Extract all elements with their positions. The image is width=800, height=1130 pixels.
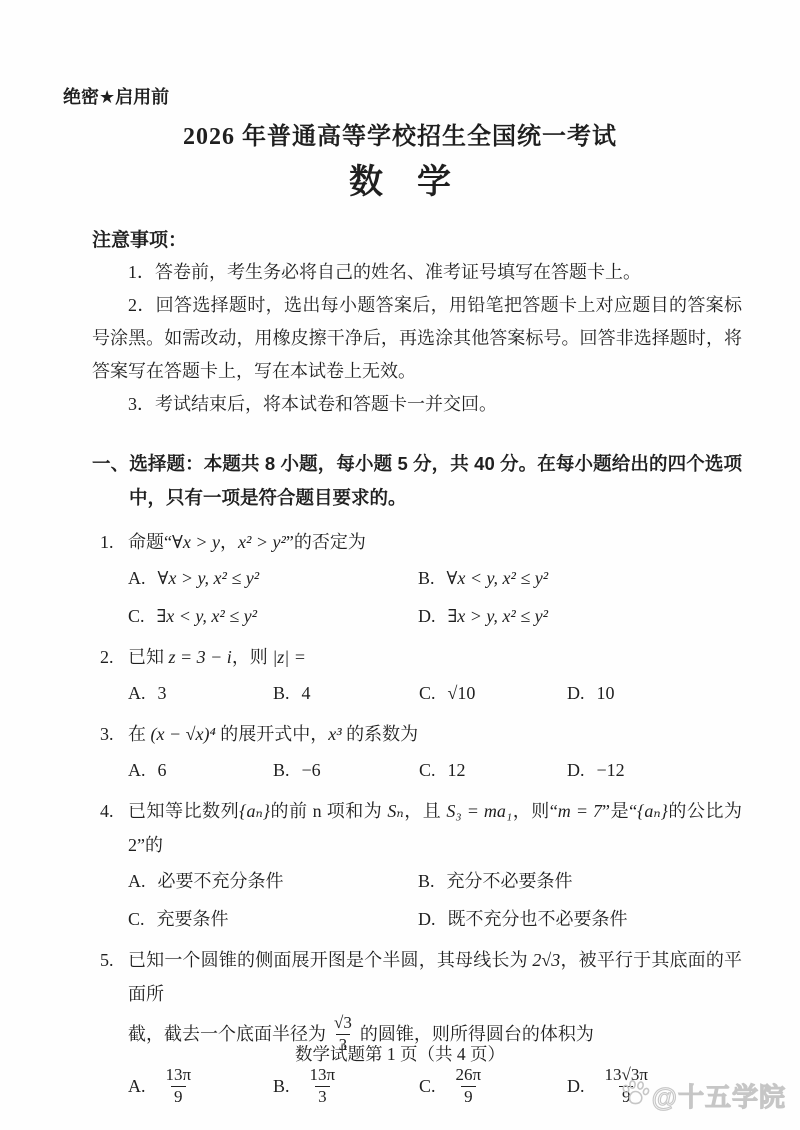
option-a: A. 必要不充分条件 (128, 865, 418, 898)
option-label: B. (273, 677, 290, 710)
option-label: C. (419, 677, 436, 710)
notice-item-2: 2．回答选择题时，选出每小题答案后，用铅笔把答题卡上对应题目的答案标号涂黑。如需… (92, 289, 742, 388)
option-label: B. (418, 865, 435, 898)
option-label: C. (128, 600, 145, 633)
option-b: B. 充分不必要条件 (418, 865, 742, 898)
option-label: D. (567, 754, 585, 787)
option-label: C. (419, 754, 436, 787)
option-content: 6 (158, 754, 167, 787)
baidu-paw-icon (620, 1079, 650, 1112)
option-c: C. 12 (419, 754, 567, 787)
question-number: 2. (100, 640, 128, 674)
option-d: D. 10 (567, 677, 742, 710)
option-d: D. ∃x > y, x² ≤ y² (418, 600, 742, 633)
question-stem: 已知一个圆锥的侧面展开图是个半圆，其母线长为 2√3，被平行于其底面的平面所 (128, 943, 742, 1011)
subject-title: 数 学 (0, 160, 800, 206)
option-b: B. 13π3 (273, 1060, 419, 1112)
notice-item-1: 1．答卷前，考生务必将自己的姓名、准考证号填写在答题卡上。 (92, 256, 742, 289)
option-content: 13π3 (302, 1065, 344, 1107)
option-label: B. (273, 1070, 290, 1103)
classification-label: 绝密★启用前 (63, 86, 800, 108)
option-b: B. −6 (273, 754, 419, 787)
option-content: ∀x < y, x² ≤ y² (447, 562, 549, 595)
section-one-heading: 一、选择题：本题共 8 小题，每小题 5 分，共 40 分。在每小题给出的四个选… (92, 447, 742, 515)
option-content: 充要条件 (157, 903, 229, 936)
option-a: A. 3 (128, 677, 273, 710)
option-content: √10 (448, 677, 476, 710)
option-a: A. 6 (128, 754, 273, 787)
page-footer: 数学试题第 1 页（共 4 页） (0, 1041, 800, 1066)
option-label: B. (273, 754, 290, 787)
option-label: C. (419, 1070, 436, 1103)
option-label: A. (128, 1070, 146, 1103)
question-number: 3. (100, 717, 128, 751)
watermark: @十五学院 (620, 1077, 786, 1114)
option-label: C. (128, 903, 145, 936)
notice-section: 注意事项： 1．答卷前，考生务必将自己的姓名、准考证号填写在答题卡上。 2．回答… (92, 226, 742, 421)
option-content: 10 (597, 677, 615, 710)
exam-title: 2026 年普通高等学校招生全国统一考试 (0, 122, 800, 152)
option-label: D. (567, 677, 585, 710)
option-content: 4 (302, 677, 311, 710)
option-d: D. −12 (567, 754, 742, 787)
option-content: −12 (597, 754, 625, 787)
option-c: C. 26π9 (419, 1060, 567, 1112)
option-b: B. 4 (273, 677, 419, 710)
option-content: 既不充分也不必要条件 (448, 903, 628, 936)
option-label: A. (128, 754, 146, 787)
option-content: ∃x < y, x² ≤ y² (157, 600, 258, 633)
option-a: A. 13π9 (128, 1060, 273, 1112)
question-stem: 已知 z = 3 − i，则 |z| = (128, 640, 742, 674)
question-stem: 已知等比数列{aₙ}的前 n 项和为 Sₙ，且 S₃ = ma₁，则“m = 7… (128, 794, 742, 862)
option-content: 13π9 (158, 1065, 200, 1107)
option-content: ∀x > y, x² ≤ y² (158, 562, 260, 595)
exam-paper-page: 绝密★启用前 2026 年普通高等学校招生全国统一考试 数 学 注意事项： 1．… (0, 0, 800, 1130)
option-c: C. 充要条件 (128, 903, 418, 936)
option-content: 必要不充分条件 (158, 865, 284, 898)
option-c: C. ∃x < y, x² ≤ y² (128, 600, 418, 633)
option-a: A. ∀x > y, x² ≤ y² (128, 562, 418, 595)
question-3: 3. 在 (x − √x)⁴ 的展开式中，x³ 的系数为 A. 6 B. −6 … (92, 717, 742, 787)
option-content: 26π9 (448, 1065, 490, 1107)
notice-heading: 注意事项： (92, 226, 742, 256)
option-d: D. 既不充分也不必要条件 (418, 903, 742, 936)
option-label: A. (128, 865, 146, 898)
watermark-text: @十五学院 (652, 1077, 786, 1114)
option-content: 3 (158, 677, 167, 710)
option-c: C. √10 (419, 677, 567, 710)
question-4: 4. 已知等比数列{aₙ}的前 n 项和为 Sₙ，且 S₃ = ma₁，则“m … (92, 794, 742, 936)
option-content: −6 (302, 754, 321, 787)
option-label: D. (418, 600, 436, 633)
question-number: 1. (100, 525, 128, 559)
option-content: 12 (448, 754, 466, 787)
option-label: D. (418, 903, 436, 936)
notice-item-3: 3．考试结束后，将本试卷和答题卡一并交回。 (92, 388, 742, 421)
option-content: ∃x > y, x² ≤ y² (448, 600, 549, 633)
question-list: 1. 命题“∀x > y，x² > y²”的否定为 A. ∀x > y, x² … (92, 525, 742, 1112)
option-label: A. (128, 677, 146, 710)
question-number: 5. (100, 943, 128, 1011)
question-2: 2. 已知 z = 3 − i，则 |z| = A. 3 B. 4 C. √10 (92, 640, 742, 710)
option-content: 充分不必要条件 (447, 865, 573, 898)
question-stem: 在 (x − √x)⁴ 的展开式中，x³ 的系数为 (128, 717, 742, 751)
question-1: 1. 命题“∀x > y，x² > y²”的否定为 A. ∀x > y, x² … (92, 525, 742, 633)
question-stem: 命题“∀x > y，x² > y²”的否定为 (128, 525, 742, 559)
option-label: B. (418, 562, 435, 595)
option-label: D. (567, 1070, 585, 1103)
option-label: A. (128, 562, 146, 595)
option-b: B. ∀x < y, x² ≤ y² (418, 562, 742, 595)
question-number: 4. (100, 794, 128, 862)
